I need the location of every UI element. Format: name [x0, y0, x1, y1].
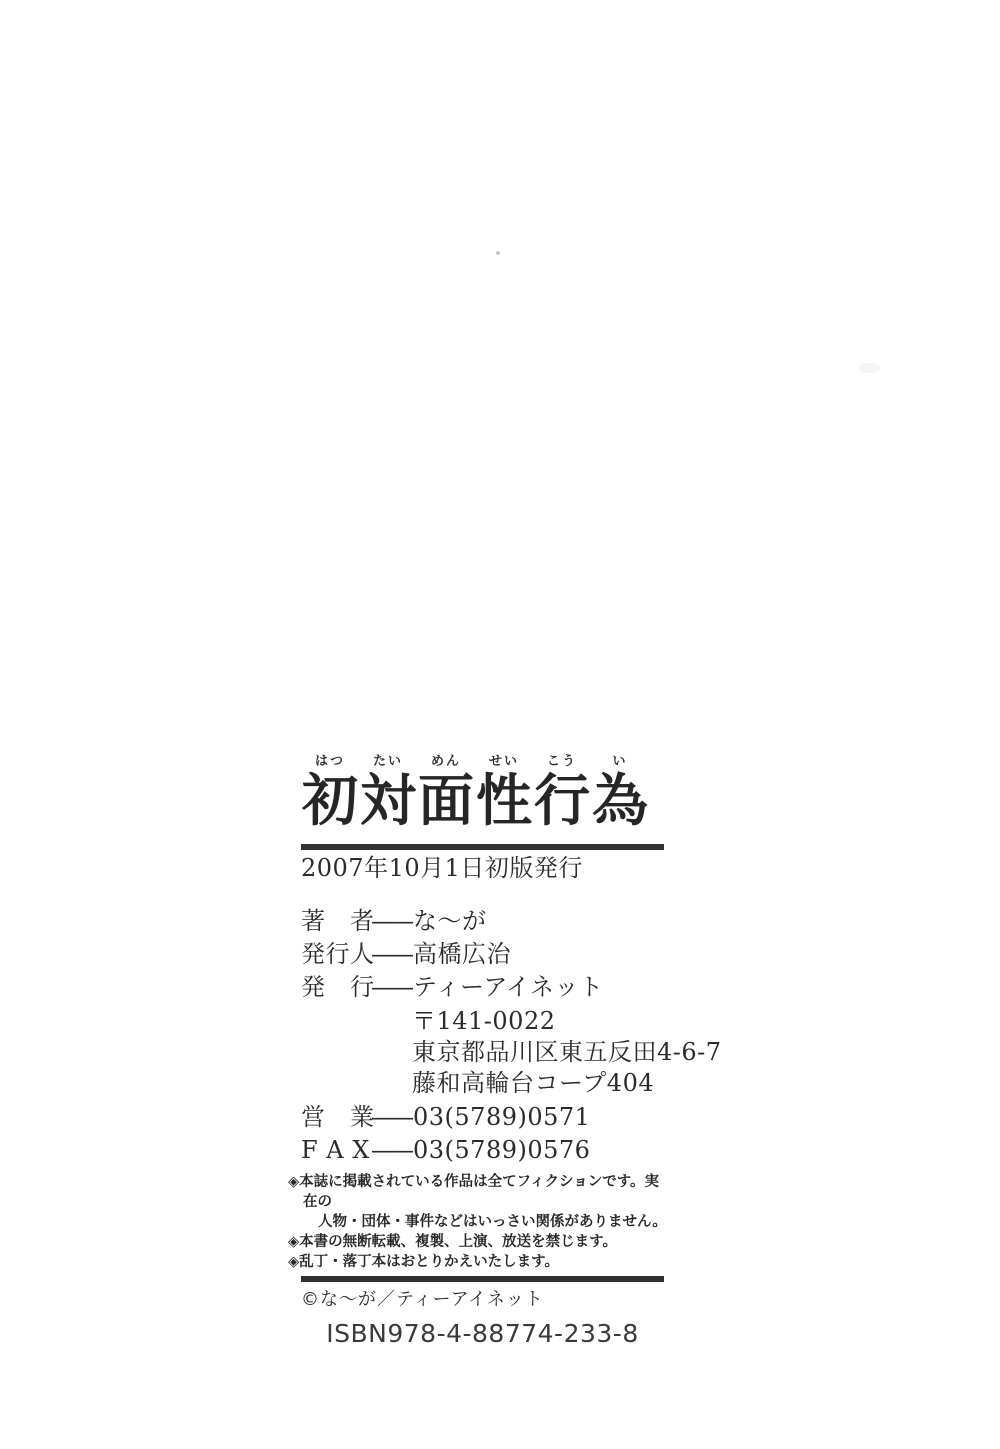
- scan-artifact: [496, 251, 500, 255]
- title-kanji: 為: [591, 770, 649, 832]
- row-connector: ——: [371, 905, 413, 938]
- notice-text: 本書の無断転載、複製、上演、放送を禁じます。: [299, 1234, 617, 1250]
- notice-text: 乱丁・落丁本はおとりかえいたします。: [299, 1254, 559, 1270]
- diamond-bullet-icon: ◈: [288, 1234, 299, 1250]
- divider-rule-top: [301, 844, 664, 850]
- row-value: 高橋広治: [413, 940, 511, 968]
- publication-row-issuer: 発行人——高橋広治: [301, 938, 664, 971]
- publication-row-publisher: 発 行——ティーアイネット: [301, 971, 664, 1004]
- edition-date: 2007年10月1日初版発行: [301, 853, 664, 883]
- title-char: はつ 初: [301, 753, 359, 832]
- notice-fiction-disclaimer: ◈本誌に掲載されている作品は全てフィクションです。実在の人物・団体・事件などはい…: [288, 1172, 668, 1232]
- row-value: ティーアイネット: [413, 973, 603, 1001]
- row-label: 営 業: [301, 1101, 371, 1134]
- colophon-block: はつ 初 たい 対 めん 面 せい 性 こう 行 い 為 2007年10月1日初…: [301, 753, 664, 1349]
- title-char: こう 行: [533, 753, 591, 832]
- publication-info: 著 者——な〜が 発行人——高橋広治 発 行——ティーアイネット 〒141-00…: [301, 905, 664, 1167]
- row-connector: ——: [371, 1134, 413, 1167]
- address-line-1: 東京都品川区東五反田4-6-7: [412, 1037, 664, 1068]
- title-kanji: 性: [475, 770, 533, 832]
- divider-rule-bottom: [301, 1276, 664, 1282]
- legal-notices: ◈本誌に掲載されている作品は全てフィクションです。実在の人物・団体・事件などはい…: [288, 1172, 668, 1272]
- title-char: たい 対: [359, 753, 417, 832]
- row-label: 発 行: [301, 971, 371, 1004]
- isbn-number: ISBN978-4-88774-233-8: [301, 1319, 664, 1349]
- colophon-page: はつ 初 たい 対 めん 面 せい 性 こう 行 い 為 2007年10月1日初…: [0, 0, 1000, 1449]
- postal-code: 〒141-0022: [412, 1006, 664, 1037]
- row-connector: ——: [371, 971, 413, 1004]
- book-title: はつ 初 たい 対 めん 面 せい 性 こう 行 い 為: [301, 753, 664, 839]
- notice-defective-copies: ◈乱丁・落丁本はおとりかえいたします。: [288, 1252, 668, 1272]
- title-char: めん 面: [417, 753, 475, 832]
- address-line-2: 藤和高輪台コープ404: [412, 1068, 664, 1099]
- publisher-address: 〒141-0022 東京都品川区東五反田4-6-7 藤和高輪台コープ404: [412, 1006, 664, 1099]
- phone-number: 03(5789)0571: [413, 1103, 590, 1131]
- row-connector: ——: [371, 1101, 413, 1134]
- title-char: せい 性: [475, 753, 533, 832]
- contact-info: 営 業——03(5789)0571 F A X——03(5789)0576: [301, 1101, 664, 1167]
- notice-text: 本誌に掲載されている作品は全てフィクションです。実在の: [299, 1174, 659, 1210]
- title-kanji: 行: [533, 770, 591, 832]
- row-label: 発行人: [301, 938, 371, 971]
- diamond-bullet-icon: ◈: [288, 1254, 299, 1270]
- title-kanji: 対: [359, 770, 417, 832]
- row-connector: ——: [371, 938, 413, 971]
- title-kanji: 初: [301, 770, 359, 832]
- diamond-bullet-icon: ◈: [288, 1174, 299, 1190]
- contact-row-sales: 営 業——03(5789)0571: [301, 1101, 664, 1134]
- row-label: 著 者: [301, 905, 371, 938]
- contact-row-fax: F A X——03(5789)0576: [301, 1134, 664, 1167]
- copyright-line: ©な〜が／ティーアイネット: [301, 1288, 664, 1312]
- scan-artifact: [858, 363, 880, 373]
- row-label: F A X: [301, 1134, 371, 1167]
- notice-no-reproduction: ◈本書の無断転載、複製、上演、放送を禁じます。: [288, 1232, 668, 1252]
- publication-row-author: 著 者——な〜が: [301, 905, 664, 938]
- row-value: な〜が: [413, 907, 487, 935]
- fax-number: 03(5789)0576: [413, 1136, 590, 1164]
- notice-text: 人物・団体・事件などはいっさい関係がありません。: [303, 1212, 668, 1232]
- title-kanji: 面: [417, 770, 475, 832]
- title-char: い 為: [591, 753, 649, 832]
